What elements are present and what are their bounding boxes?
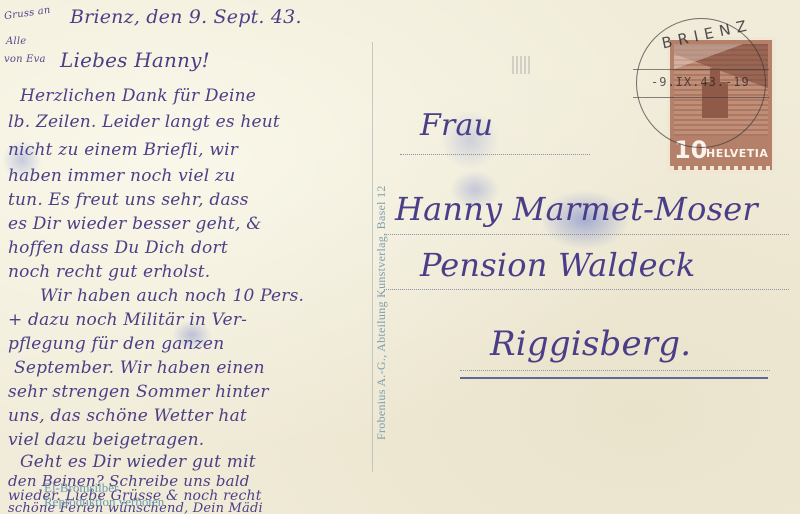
message-line: haben immer noch viel zu bbox=[8, 166, 235, 186]
center-divider bbox=[372, 42, 373, 472]
message-line: September. Wir haben einen bbox=[14, 358, 265, 378]
salutation: Liebes Hanny! bbox=[60, 48, 210, 72]
postmark-date: -9.IX.43.-19 bbox=[651, 75, 750, 89]
message-line: pflegung für den ganzen bbox=[8, 334, 224, 354]
message-line: Geht es Dir wieder gut mit bbox=[20, 452, 256, 472]
postmark-bar bbox=[633, 97, 769, 98]
printed-rights: Reproduktion verboten bbox=[44, 494, 164, 510]
message-line: uns, das schöne Wetter hat bbox=[8, 406, 247, 426]
dateline: Brienz, den 9. Sept. 43. bbox=[70, 6, 302, 28]
message-line: hoffen dass Du Dich dort bbox=[8, 238, 228, 258]
address-line-2 bbox=[384, 234, 789, 235]
margin-note-line-3: von Eva bbox=[4, 54, 46, 65]
publisher-imprint: Frobenius A.-G., Abteilung Kunstverlag, … bbox=[374, 185, 389, 440]
address-line-1 bbox=[400, 154, 590, 155]
message-line: Herzlichen Dank für Deine bbox=[20, 86, 256, 106]
address-underline bbox=[460, 377, 768, 379]
faint-print-mark bbox=[512, 56, 530, 74]
message-line: sehr strengen Sommer hinter bbox=[8, 382, 269, 402]
message-line: tun. Es freut uns sehr, dass bbox=[8, 190, 249, 210]
postcard-back: Gruss an Alle von Eva Brienz, den 9. Sep… bbox=[0, 0, 800, 514]
address-title: Frau bbox=[420, 108, 493, 143]
postmark-city: BRIENZ bbox=[660, 16, 754, 53]
message-line: lb. Zeilen. Leider langt es heut bbox=[8, 112, 280, 132]
address-town: Riggisberg. bbox=[490, 324, 691, 364]
message-line: viel dazu beigetragen. bbox=[8, 430, 204, 450]
margin-note-line-1: Gruss an bbox=[3, 5, 51, 22]
address-name: Hanny Marmet-Moser bbox=[395, 190, 758, 228]
message-line: noch recht gut erholst. bbox=[8, 262, 210, 282]
message-line: es Dir wieder besser geht, & bbox=[8, 214, 262, 234]
message-line: Wir haben auch noch 10 Pers. bbox=[40, 286, 304, 306]
margin-note-line-2: Alle bbox=[6, 36, 26, 47]
postmark-bar bbox=[633, 69, 769, 70]
stamp-country: HELVETIA bbox=[706, 147, 768, 160]
message-line: nicht zu einem Briefli, wir bbox=[8, 140, 238, 160]
postmark: BRIENZ -9.IX.43.-19 bbox=[636, 18, 766, 148]
address-street: Pension Waldeck bbox=[420, 246, 696, 284]
message-line: + dazu noch Militär in Ver- bbox=[8, 310, 247, 330]
address-line-3 bbox=[384, 289, 789, 290]
address-line-4 bbox=[460, 370, 770, 371]
